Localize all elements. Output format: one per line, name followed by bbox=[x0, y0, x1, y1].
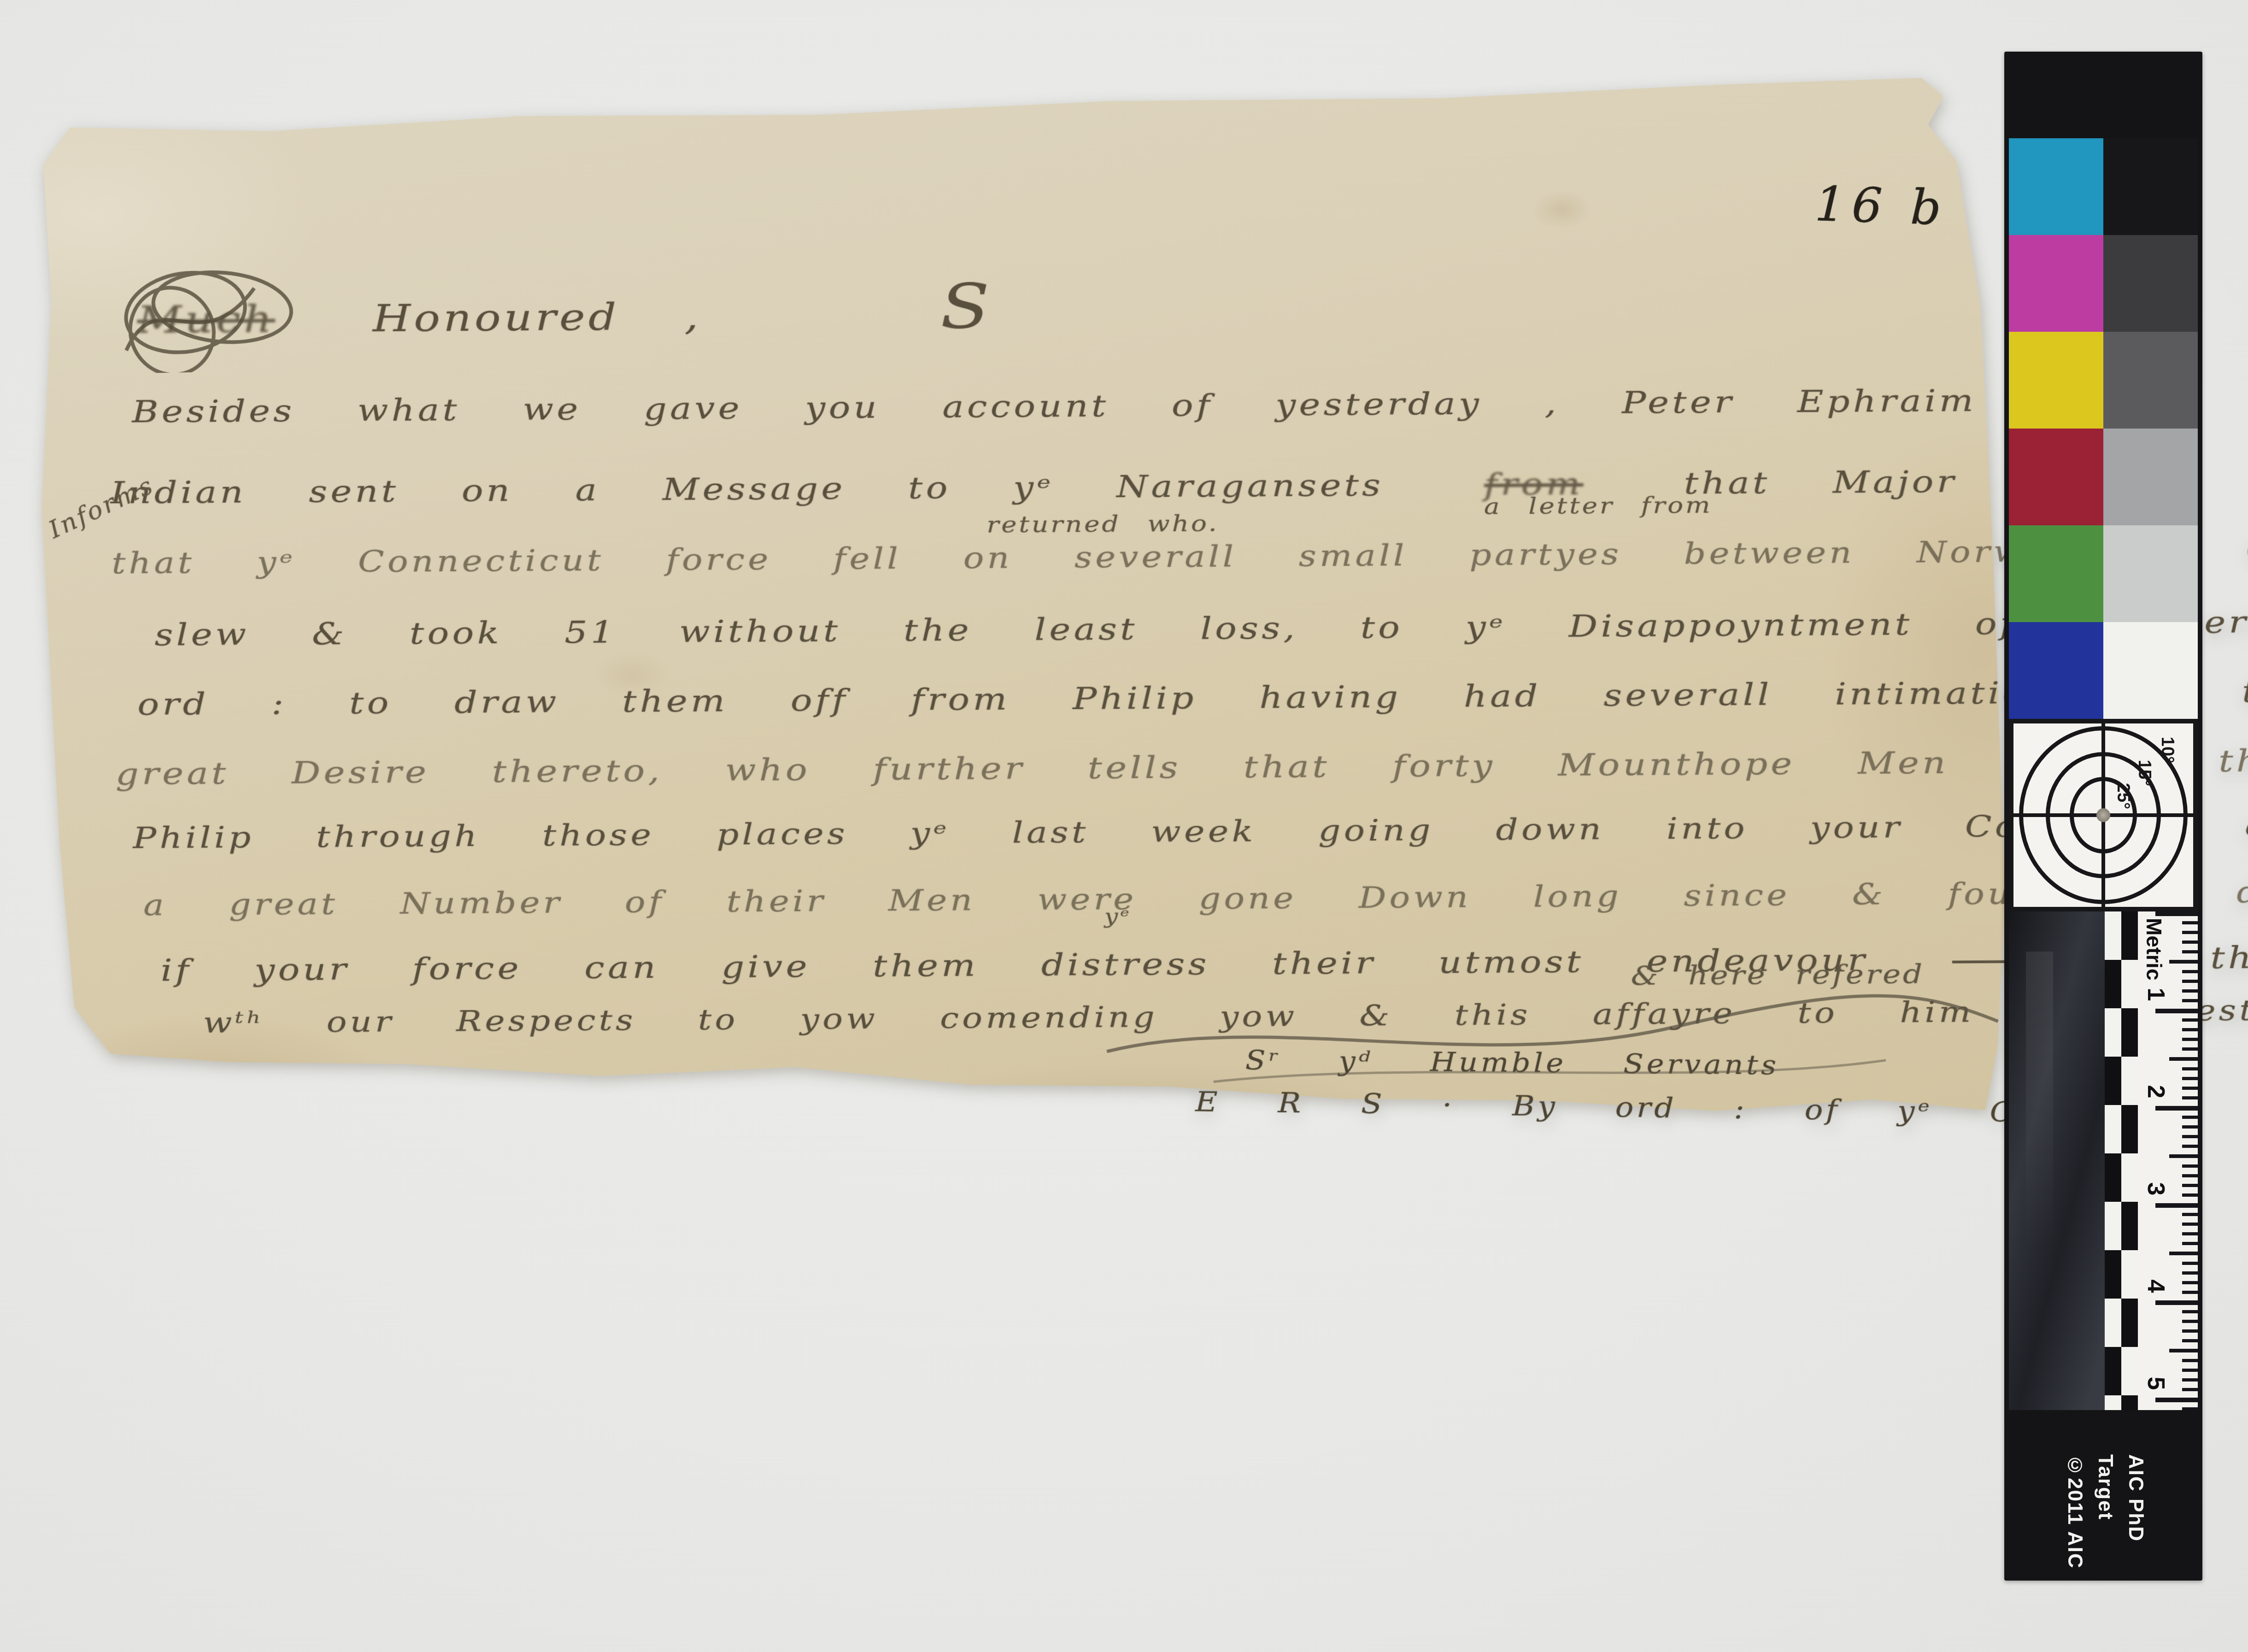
salutation-struck-word: Much bbox=[137, 298, 275, 341]
target-credit: AIC PhD Target ©2011 AIC bbox=[2060, 1454, 2151, 1577]
signature-line: E R S · By ord : of yᵉ Countill bbox=[1195, 1086, 2136, 1130]
degree-label-10: 10° bbox=[2157, 737, 2177, 763]
checkerboard-column bbox=[2105, 911, 2121, 1410]
patch-row-cyan bbox=[2009, 138, 2198, 235]
patch-row-red bbox=[2009, 429, 2198, 525]
ruler-number-2: 2 bbox=[2142, 1080, 2170, 1103]
checkerboard-column bbox=[2121, 911, 2138, 1410]
metric-label: Metric bbox=[2142, 918, 2166, 980]
gray-step-3 bbox=[2103, 332, 2198, 429]
magenta-patch bbox=[2009, 235, 2103, 332]
ruler-number-4: 4 bbox=[2142, 1275, 2170, 1298]
closing-refered: & here refered bbox=[1631, 959, 1925, 991]
page-number: 16 b bbox=[1814, 176, 1949, 236]
aic-phd-color-target: 10° 15° 25° Metric 1 2 3 4 5 bbox=[2004, 52, 2202, 1581]
green-patch bbox=[2009, 525, 2103, 622]
manuscript-letter: 16 b Much Honoured , S Besides what we g… bbox=[35, 76, 2009, 1153]
pin-hole bbox=[2096, 808, 2110, 822]
credit-line-1: AIC PhD Target bbox=[2090, 1454, 2151, 1577]
interlinear-insertion: returned who. bbox=[986, 511, 1219, 538]
ruler-section: Metric 1 2 3 4 5 bbox=[2009, 911, 2198, 1410]
ruler-number-3: 3 bbox=[2142, 1177, 2170, 1200]
gray-step-2 bbox=[2103, 235, 2198, 332]
gloss-black-strip bbox=[2009, 911, 2105, 1410]
line9-end: therefore bbox=[2210, 939, 2248, 976]
target-inner: 10° 15° 25° Metric 1 2 3 4 5 bbox=[2009, 55, 2198, 1577]
salutation: Honoured , bbox=[373, 295, 702, 340]
credit-line-2: ©2011 AIC bbox=[2060, 1454, 2090, 1577]
patch-row-blue bbox=[2009, 622, 2198, 719]
patch-row-yellow bbox=[2009, 332, 2198, 429]
degree-label-15: 15° bbox=[2134, 760, 2154, 786]
patch-row-green bbox=[2009, 525, 2198, 622]
ruler-mm-ticks bbox=[2182, 911, 2198, 1410]
line2-struck-word: from bbox=[1484, 466, 1584, 502]
red-patch bbox=[2009, 429, 2103, 525]
bullseye-target: 10° 15° 25° bbox=[2009, 719, 2198, 911]
black-reference-band bbox=[2009, 55, 2198, 138]
degree-label-25: 25° bbox=[2113, 783, 2133, 809]
blue-patch bbox=[2009, 622, 2103, 719]
cyan-patch bbox=[2009, 138, 2103, 235]
gray-step-1 bbox=[2103, 138, 2198, 235]
ruler-number-5: 5 bbox=[2142, 1372, 2170, 1395]
metric-ruler: Metric 1 2 3 4 5 bbox=[2138, 911, 2198, 1410]
interlinear-insertion: yᵉ bbox=[1104, 905, 1132, 928]
white-patch bbox=[2103, 622, 2198, 719]
patch-row-magenta bbox=[2009, 235, 2198, 332]
gray-step-5 bbox=[2103, 525, 2198, 622]
salutation-flourish: S bbox=[940, 271, 993, 343]
signature-line: Sʳ yᵈ Humble Servants bbox=[1245, 1044, 1779, 1081]
ruler-number-1: 1 bbox=[2142, 983, 2170, 1006]
photo-stage: 16 b Much Honoured , S Besides what we g… bbox=[0, 0, 2248, 1652]
gray-step-4 bbox=[2103, 429, 2198, 525]
yellow-patch bbox=[2009, 332, 2103, 429]
